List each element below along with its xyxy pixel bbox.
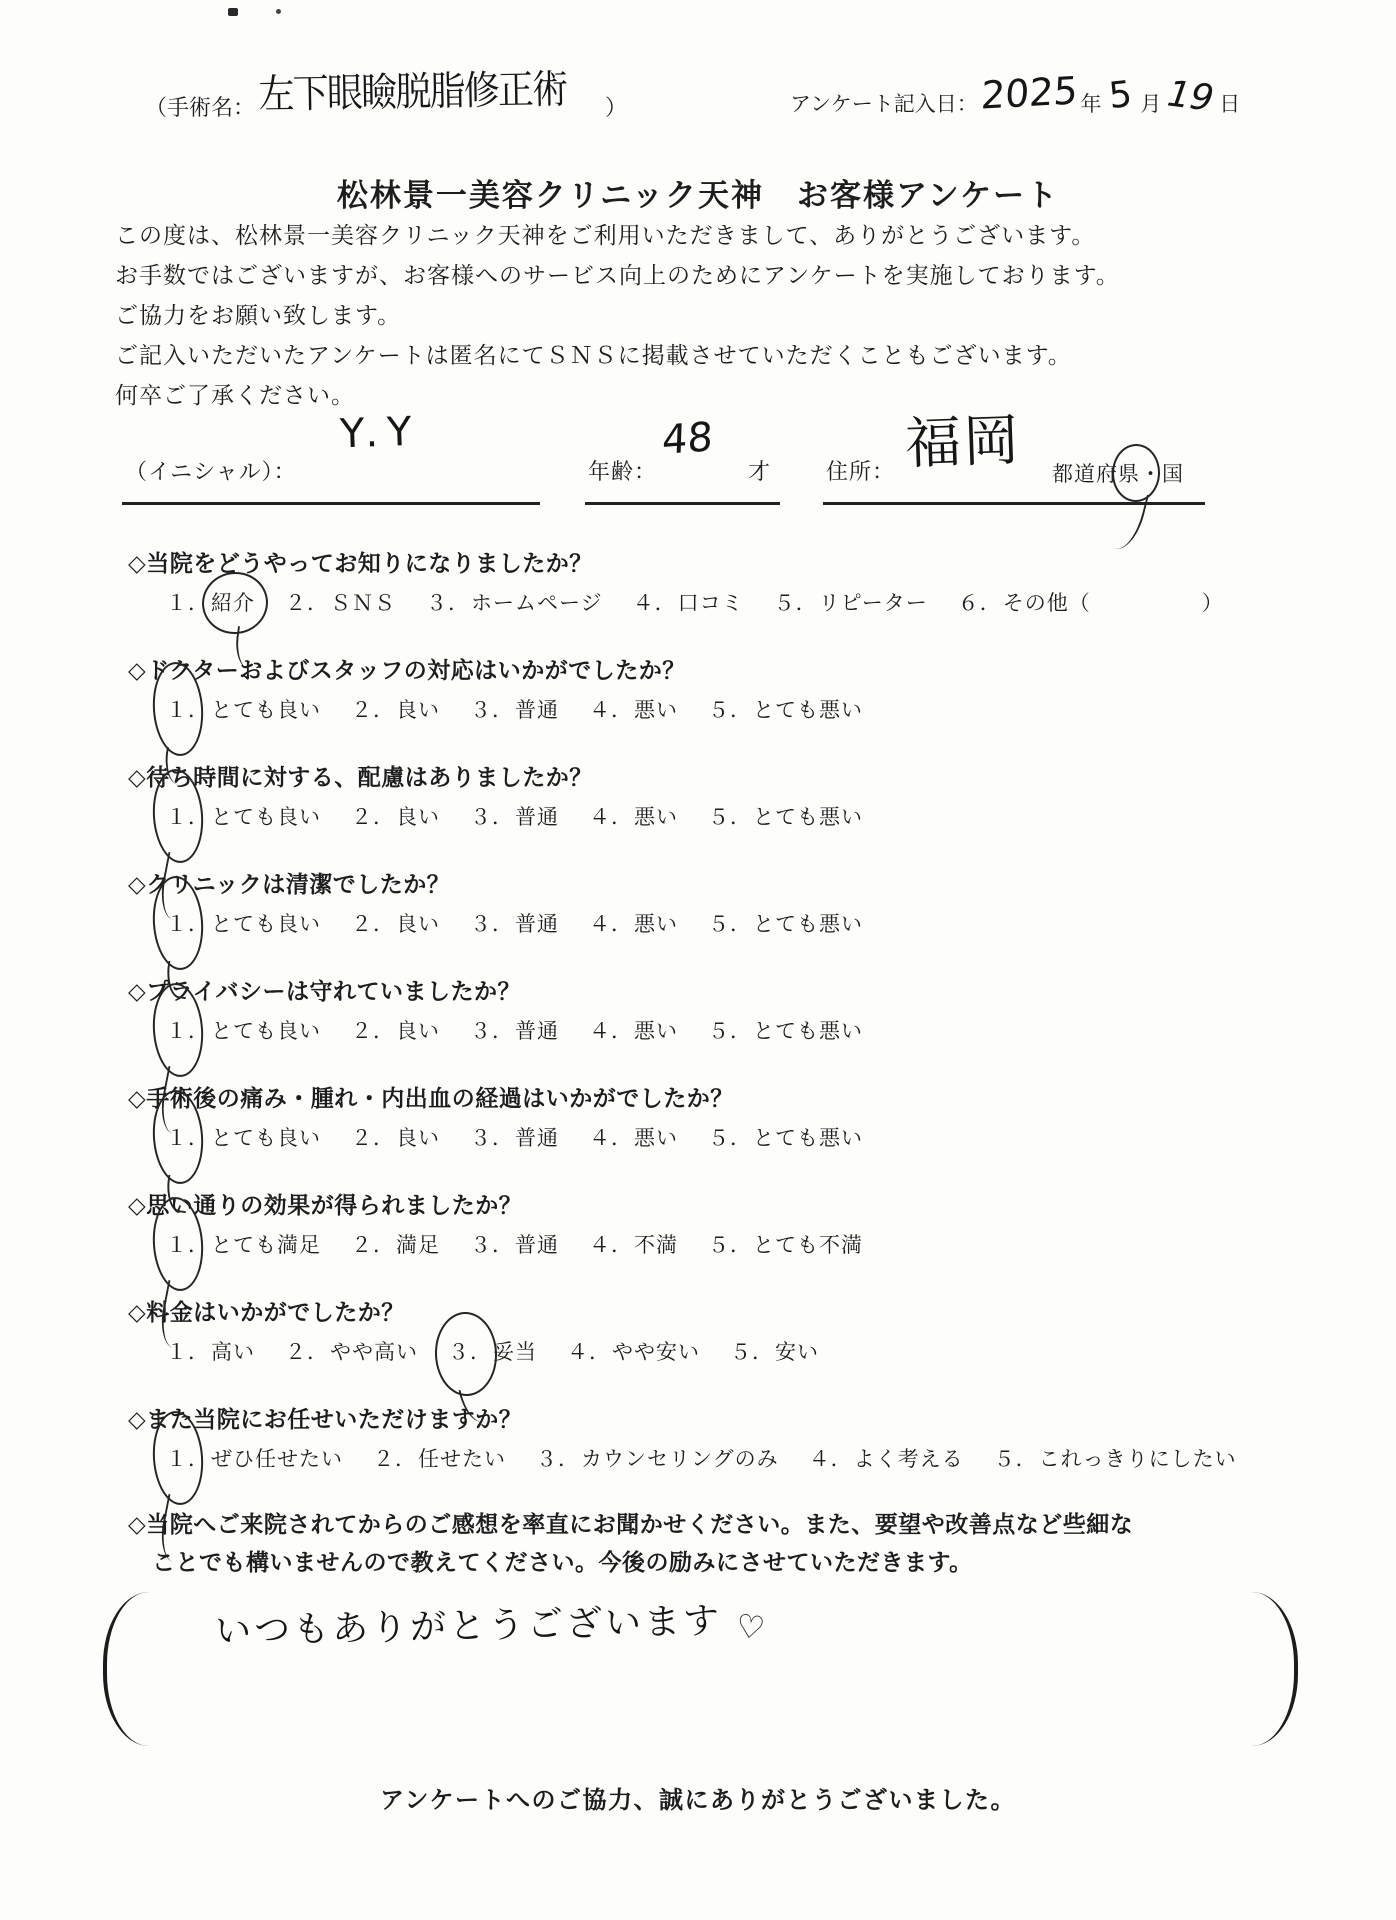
option: １．とても良い <box>166 1019 321 1043</box>
question-options: １．ぜひ任せたい２．任せたい３．カウンセリングのみ４．よく考える５．これっきりに… <box>128 1443 1378 1473</box>
option-number: １． <box>166 1443 210 1473</box>
option-number: ４． <box>589 805 633 829</box>
option: ４．やや安い <box>567 1340 700 1364</box>
option: ５．とても悪い <box>708 698 863 722</box>
option: １．とても良い <box>166 698 321 722</box>
option: ２．やや高い <box>285 1340 418 1364</box>
option-number: １． <box>166 1015 210 1045</box>
option-number: ２． <box>351 1233 395 1257</box>
question-text: ◇ドクターおよびスタッフの対応はいかがでしたか？ <box>128 652 1378 685</box>
option: ２．良い <box>351 1019 440 1043</box>
option-number: ２． <box>351 698 395 722</box>
option-number: ２． <box>285 1340 329 1364</box>
option-number: １． <box>166 1340 210 1364</box>
option-label: 任せたい <box>418 1447 506 1471</box>
option-number: ５． <box>730 1340 774 1364</box>
question-block: ◇料金はいかがでしたか？１．高い２．やや高い３．妥当４．やや安い５．安い <box>128 1294 1378 1401</box>
intro-paragraph: この度は、松林景一美容クリニック天神をご利用いただきまして、ありがとうございます… <box>115 216 1120 416</box>
option: ２．良い <box>351 805 440 829</box>
question-block: ◇クリニックは清潔でしたか？１．とても良い２．良い３．普通４．悪い５．とても悪い <box>128 866 1378 973</box>
question-block: ◇待ち時間に対する、配慮はありましたか？１．とても良い２．良い３．普通４．悪い５… <box>128 759 1378 866</box>
option-label: 安い <box>775 1340 819 1364</box>
option: ２．良い <box>351 698 440 722</box>
option: ２．ＳＮＳ <box>285 591 396 615</box>
option-label: 満足 <box>396 1233 440 1257</box>
option: ４．よく考える <box>809 1447 964 1471</box>
option: ３．普通 <box>470 1233 559 1257</box>
option: ４．口コミ <box>633 591 744 615</box>
option-number: ５． <box>994 1447 1038 1471</box>
option: ３．普通 <box>470 805 559 829</box>
option-label: とても良い <box>211 1126 321 1150</box>
option: ４．不満 <box>589 1233 678 1257</box>
question-options: １．とても満足２．満足３．普通４．不満５．とても不満 <box>128 1229 1378 1259</box>
question-text: ◇また当院にお任せいただけますか？ <box>128 1401 1378 1434</box>
option-label: よく考える <box>854 1447 964 1471</box>
option: ３．普通 <box>470 698 559 722</box>
option: ５．とても不満 <box>708 1233 863 1257</box>
question-options: １．とても良い２．良い３．普通４．悪い５．とても悪い <box>128 908 1378 938</box>
option-number: １． <box>166 1229 210 1259</box>
option-number: ２． <box>351 1019 395 1043</box>
option-number: ３． <box>470 1233 514 1257</box>
option-number: ４． <box>589 1126 633 1150</box>
option-label: 良い <box>396 805 440 829</box>
option: ４．悪い <box>589 1126 678 1150</box>
option-label: 紹介 <box>211 587 255 617</box>
survey-date-label: アンケート記入日： <box>790 92 978 116</box>
question-options: １．とても良い２．良い３．普通４．悪い５．とても悪い <box>128 694 1378 724</box>
surgery-name-label: （手術名： <box>145 95 255 120</box>
option-number: ５． <box>708 698 752 722</box>
age-label: 年齢： <box>588 455 657 486</box>
option-number: ２． <box>351 805 395 829</box>
intro-line: この度は、松林景一美容クリニック天神をご利用いただきまして、ありがとうございます… <box>115 216 1120 256</box>
option-number: ５． <box>708 1126 752 1150</box>
option: ３．ホームページ <box>426 591 603 615</box>
option-number: ２． <box>373 1447 417 1471</box>
option-number: ４． <box>589 912 633 936</box>
option: ５．とても悪い <box>708 805 863 829</box>
option-number: １． <box>166 1122 210 1152</box>
scan-artifact-dot <box>276 9 281 14</box>
option-label: ぜひ任せたい <box>211 1447 343 1471</box>
option-label: とても悪い <box>753 698 863 722</box>
question-block: ◇当院をどうやってお知りになりましたか？１．紹介２．ＳＮＳ３．ホームページ４．口… <box>128 545 1378 652</box>
option: ２．良い <box>351 912 440 936</box>
option-label: 高い <box>211 1340 255 1364</box>
option-label: とても悪い <box>753 1019 863 1043</box>
initial-label: （イニシャル）： <box>125 455 297 486</box>
option-label: やや高い <box>330 1340 418 1364</box>
option-label: 普通 <box>515 1019 559 1043</box>
option: ３．普通 <box>470 1126 559 1150</box>
option-number: ３． <box>470 1019 514 1043</box>
option-label: 良い <box>396 698 440 722</box>
option-number: ２． <box>351 1126 395 1150</box>
survey-date-year-unit: 年 <box>1080 92 1101 116</box>
surgery-name-close-paren: ） <box>605 95 627 120</box>
option-label: 良い <box>396 912 440 936</box>
option-label: 普通 <box>515 1233 559 1257</box>
option-number: ５． <box>708 1019 752 1043</box>
question-options: １．とても良い２．良い３．普通４．悪い５．とても悪い <box>128 1122 1378 1152</box>
survey-date-day-unit: 日 <box>1219 92 1240 116</box>
question-options: １．とても良い２．良い３．普通４．悪い５．とても悪い <box>128 801 1378 831</box>
option-label: ＳＮＳ <box>330 591 396 615</box>
question-block: ◇プライバシーは守れていましたか？１．とても良い２．良い３．普通４．悪い５．とて… <box>128 973 1378 1080</box>
option-number: ２． <box>351 912 395 936</box>
option-label: 悪い <box>634 1126 678 1150</box>
option-label: ホームページ <box>471 591 603 615</box>
intro-line: お手数ではございますが、お客様へのサービス向上のためにアンケートを実施しておりま… <box>115 256 1120 296</box>
option: １．ぜひ任せたい <box>166 1447 343 1471</box>
option-label: 普通 <box>515 1126 559 1150</box>
customer-comment: いつもありがとうございます♡ <box>215 1598 765 1649</box>
option: １．とても良い <box>166 805 321 829</box>
option-label: 普通 <box>515 805 559 829</box>
option: ５．とても悪い <box>708 912 863 936</box>
option-label: 悪い <box>634 698 678 722</box>
question-block: ◇手術後の痛み・腫れ・内出血の経過はいかがでしたか？１．とても良い２．良い３．普… <box>128 1080 1378 1187</box>
option-label: とても悪い <box>753 1126 863 1150</box>
option: ２．任せたい <box>373 1447 506 1471</box>
option: １．とても満足 <box>166 1233 321 1257</box>
option: １．紹介 <box>166 591 255 615</box>
age-underline <box>585 502 780 505</box>
survey-date-month-unit: 月 <box>1140 92 1161 116</box>
comment-bracket-left <box>103 1592 155 1746</box>
option-label: ） <box>1202 591 1224 615</box>
option-number: １． <box>166 908 210 938</box>
address-suffix: 都道府県・国 <box>1052 458 1184 488</box>
option-label: とても悪い <box>753 912 863 936</box>
comment-bracket-right <box>1246 1592 1298 1746</box>
option-number: ３． <box>470 805 514 829</box>
question-text: ◇プライバシーは守れていましたか？ <box>128 973 1378 1006</box>
option-label: 普通 <box>515 912 559 936</box>
option-number: ５． <box>708 912 752 936</box>
question-options: １．高い２．やや高い３．妥当４．やや安い５．安い <box>128 1336 1378 1366</box>
option: ４．悪い <box>589 1019 678 1043</box>
feedback-prompt-line: ◇当院へご来院されてからのご感想を率直にお聞かせください。また、要望や改善点など… <box>128 1505 1133 1543</box>
option: ４．悪い <box>589 698 678 722</box>
option: ２．良い <box>351 1126 440 1150</box>
initial-underline <box>122 502 540 505</box>
option: １．高い <box>166 1340 255 1364</box>
option-number: ４． <box>589 698 633 722</box>
option-label: 普通 <box>515 698 559 722</box>
option: ５．とても悪い <box>708 1019 863 1043</box>
option-number: ３． <box>536 1447 580 1471</box>
footer-thanks: アンケートへのご協力、誠にありがとうございました。 <box>0 1780 1396 1815</box>
option-label: とても良い <box>211 805 321 829</box>
option-label: とても不満 <box>753 1233 863 1257</box>
heart-icon: ♡ <box>734 1606 768 1648</box>
option: ３．普通 <box>470 912 559 936</box>
question-options: １．とても良い２．良い３．普通４．悪い５．とても悪い <box>128 1015 1378 1045</box>
survey-date-day-handwritten: 19 <box>1161 74 1220 119</box>
address-underline <box>823 502 1205 505</box>
surgery-name-handwritten-value: 左下眼瞼脱脂修正術 <box>258 58 567 120</box>
option: １．とても良い <box>166 1126 321 1150</box>
option: ３．普通 <box>470 1019 559 1043</box>
option-number: ４． <box>589 1019 633 1043</box>
option: ６．その他（ <box>958 591 1091 615</box>
survey-date-month-handwritten: 5 <box>1107 74 1134 117</box>
option-number: ４． <box>567 1340 611 1364</box>
question-block: ◇ドクターおよびスタッフの対応はいかがでしたか？１．とても良い２．良い３．普通４… <box>128 652 1378 759</box>
question-text: ◇思い通りの効果が得られましたか？ <box>128 1187 1378 1220</box>
option-number: １． <box>166 801 210 831</box>
option: ３．カウンセリングのみ <box>536 1447 779 1471</box>
option-label: 不満 <box>634 1233 678 1257</box>
option-label: とても良い <box>211 698 321 722</box>
option-label: 良い <box>396 1126 440 1150</box>
option-number: ５． <box>708 805 752 829</box>
age-handwritten-value: 48 <box>661 414 713 464</box>
question-options: １．紹介２．ＳＮＳ３．ホームページ４．口コミ５．リピーター６．その他（） <box>128 587 1378 617</box>
option-number: １． <box>166 694 210 724</box>
option-number: ５． <box>774 591 818 615</box>
option: ２．満足 <box>351 1233 440 1257</box>
question-text: ◇クリニックは清潔でしたか？ <box>128 866 1378 899</box>
question-text: ◇待ち時間に対する、配慮はありましたか？ <box>128 759 1378 792</box>
question-text: ◇当院をどうやってお知りになりましたか？ <box>128 545 1378 578</box>
option-number: ３． <box>470 698 514 722</box>
intro-line: ご記入いただいたアンケートは匿名にてＳＮＳに掲載させていただくこともございます。 <box>115 336 1120 376</box>
option-number: ２． <box>285 591 329 615</box>
option: ５．これっきりにしたい <box>994 1447 1237 1471</box>
option-number: １． <box>166 591 210 615</box>
option-number: ４． <box>633 591 677 615</box>
survey-date-year-handwritten: 2025 <box>980 68 1079 117</box>
question-block: ◇また当院にお任せいただけますか？１．ぜひ任せたい２．任せたい３．カウンセリング… <box>128 1401 1378 1508</box>
option-label: これっきりにしたい <box>1039 1447 1237 1471</box>
page-title: 松林景一美容クリニック天神 お客様アンケート <box>0 170 1396 215</box>
option-number: ５． <box>708 1233 752 1257</box>
question-list: ◇当院をどうやってお知りになりましたか？１．紹介２．ＳＮＳ３．ホームページ４．口… <box>128 545 1378 1508</box>
option-label: とても満足 <box>211 1233 321 1257</box>
question-block: ◇思い通りの効果が得られましたか？１．とても満足２．満足３．普通４．不満５．とて… <box>128 1187 1378 1294</box>
option-number: ４． <box>809 1447 853 1471</box>
option: ５．とても悪い <box>708 1126 863 1150</box>
option-number: ６． <box>958 591 1002 615</box>
question-text: ◇料金はいかがでしたか？ <box>128 1294 1378 1327</box>
option-label: 口コミ <box>678 591 744 615</box>
option-label: リピーター <box>819 591 928 615</box>
option-number: ３． <box>470 912 514 936</box>
option-number: ３． <box>470 1126 514 1150</box>
feedback-prompt: ◇当院へご来院されてからのご感想を率直にお聞かせください。また、要望や改善点など… <box>128 1505 1133 1581</box>
option-label: 妥当 <box>493 1340 537 1364</box>
address-handwritten-value: 福岡 <box>904 396 1023 480</box>
option: ４．悪い <box>589 912 678 936</box>
option-number: ３． <box>448 1336 492 1366</box>
question-text: ◇手術後の痛み・腫れ・内出血の経過はいかがでしたか？ <box>128 1080 1378 1113</box>
option: ４．悪い <box>589 805 678 829</box>
option: ５．リピーター <box>774 591 928 615</box>
option-label: とても良い <box>211 912 321 936</box>
option-number: ３． <box>426 591 470 615</box>
option-label: 悪い <box>634 1019 678 1043</box>
option-label: その他（ <box>1003 591 1091 615</box>
survey-date-line: アンケート記入日：2025年5月19日 <box>790 76 1240 120</box>
initial-handwritten-value: Y.Y <box>339 409 421 458</box>
option-label: 悪い <box>634 805 678 829</box>
surgery-name-line: （手術名：左下眼瞼脱脂修正術） <box>145 70 627 127</box>
customer-comment-handwritten: いつもありがとうございます <box>215 1593 723 1655</box>
option-label: カウンセリングのみ <box>581 1447 779 1471</box>
address-label: 住所： <box>826 455 895 486</box>
option: １．とても良い <box>166 912 321 936</box>
option: ３．妥当 <box>448 1340 537 1364</box>
scan-artifact-dot <box>228 8 238 16</box>
option: ５．安い <box>730 1340 819 1364</box>
age-unit: 才 <box>748 455 771 486</box>
option-label: やや安い <box>612 1340 700 1364</box>
feedback-prompt-line: ことでも構いませんので教えてください。今後の励みにさせていただきます。 <box>128 1543 1133 1581</box>
intro-line: ご協力をお願い致します。 <box>115 296 1120 336</box>
option-label: とても悪い <box>753 805 863 829</box>
option-label: とても良い <box>211 1019 321 1043</box>
option-number: ４． <box>589 1233 633 1257</box>
option-label: 良い <box>396 1019 440 1043</box>
option-label: 悪い <box>634 912 678 936</box>
option: ） <box>1201 591 1224 615</box>
